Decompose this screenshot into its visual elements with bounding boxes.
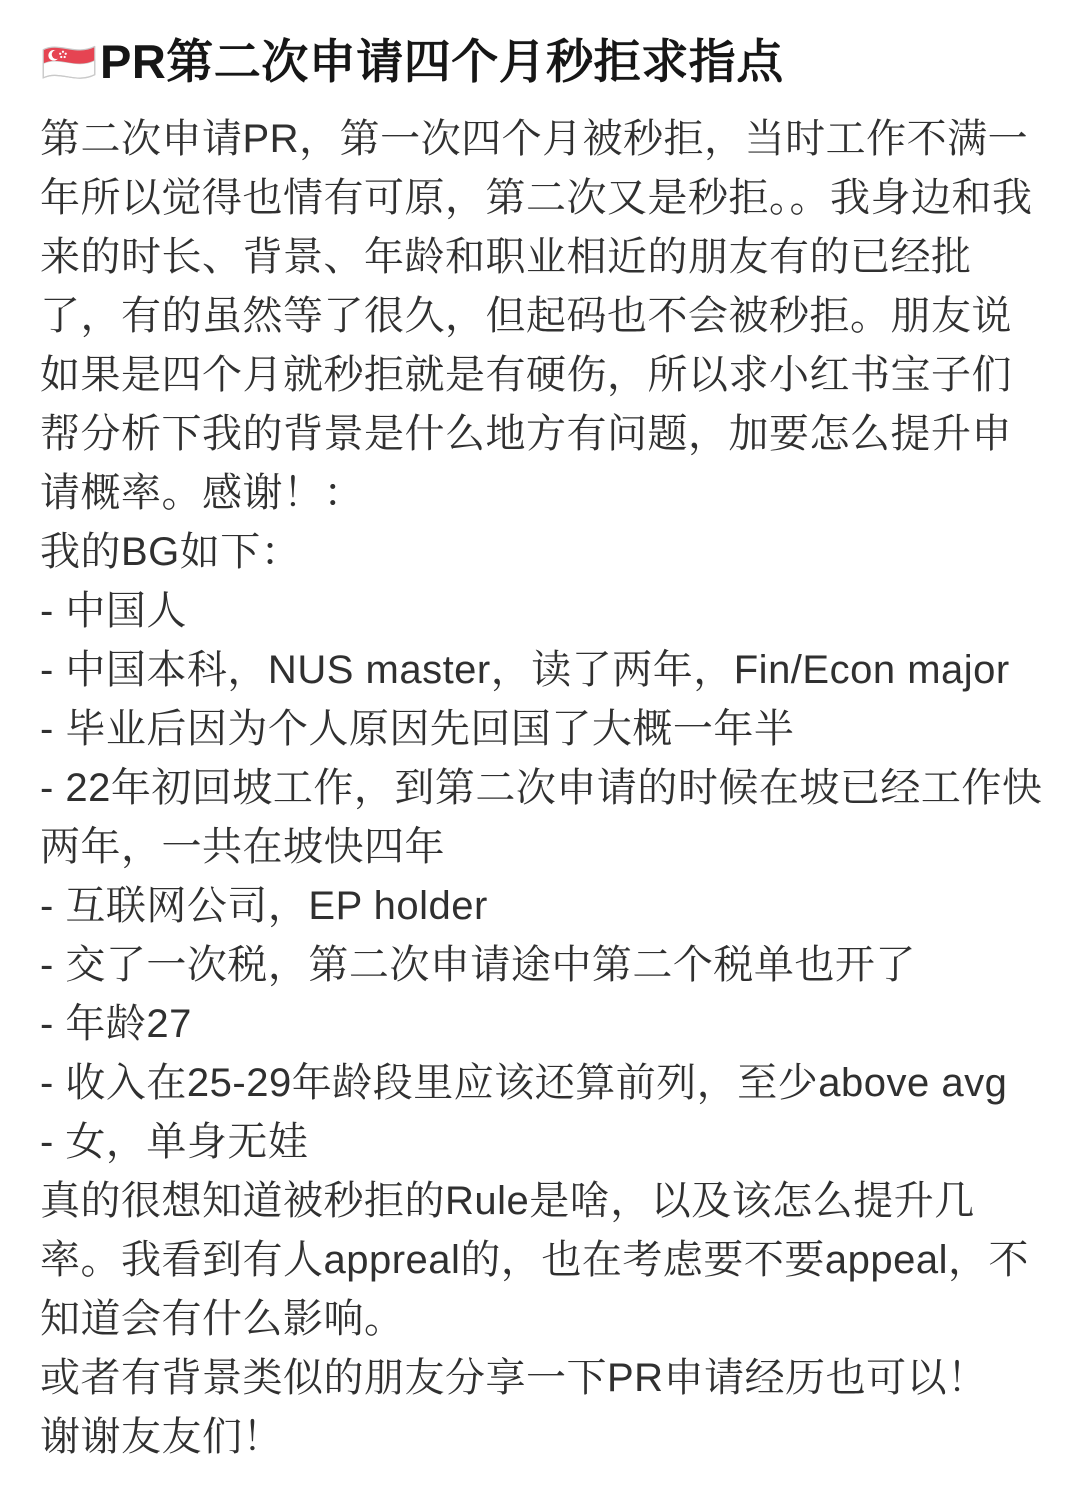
singapore-flag-icon: [40, 36, 98, 94]
bg-item-tax: - 交了一次税，第二次申请途中第二个税单也开了: [40, 936, 1044, 995]
closing-paragraph-3: 谢谢友友们！: [40, 1408, 1044, 1467]
post-article: PR第二次申请四个月秒拒求指点 第二次申请PR，第一次四个月被秒拒，当时工作不满…: [0, 0, 1080, 1506]
bg-item-return-home: - 毕业后因为个人原因先回国了大概一年半: [40, 700, 1044, 759]
bg-item-education: - 中国本科，NUS master，读了两年，Fin/Econ major: [40, 641, 1044, 700]
bg-item-work-history: - 22年初回坡工作，到第二次申请的时候在坡已经工作快两年，一共在坡快四年: [40, 759, 1044, 877]
bg-header: 我的BG如下：: [40, 523, 1044, 582]
post-body: 第二次申请PR，第一次四个月被秒拒，当时工作不满一年所以觉得也情有可原，第二次又…: [40, 110, 1044, 1467]
closing-paragraph-2: 或者有背景类似的朋友分享一下PR申请经历也可以！: [40, 1349, 1044, 1408]
bg-item-nationality: - 中国人: [40, 582, 1044, 641]
bg-item-income: - 收入在25-29年龄段里应该还算前列，至少above avg: [40, 1054, 1044, 1113]
bg-item-age: - 年龄27: [40, 995, 1044, 1054]
post-title-text: PR第二次申请四个月秒拒求指点: [100, 31, 784, 92]
bg-item-marital-status: - 女，单身无娃: [40, 1113, 1044, 1172]
closing-paragraph-1: 真的很想知道被秒拒的Rule是啥，以及该怎么提升几率。我看到有人appreal的…: [40, 1172, 1044, 1349]
bg-item-company: - 互联网公司，EP holder: [40, 877, 1044, 936]
post-title: PR第二次申请四个月秒拒求指点: [40, 30, 1044, 94]
intro-paragraph: 第二次申请PR，第一次四个月被秒拒，当时工作不满一年所以觉得也情有可原，第二次又…: [40, 110, 1044, 523]
